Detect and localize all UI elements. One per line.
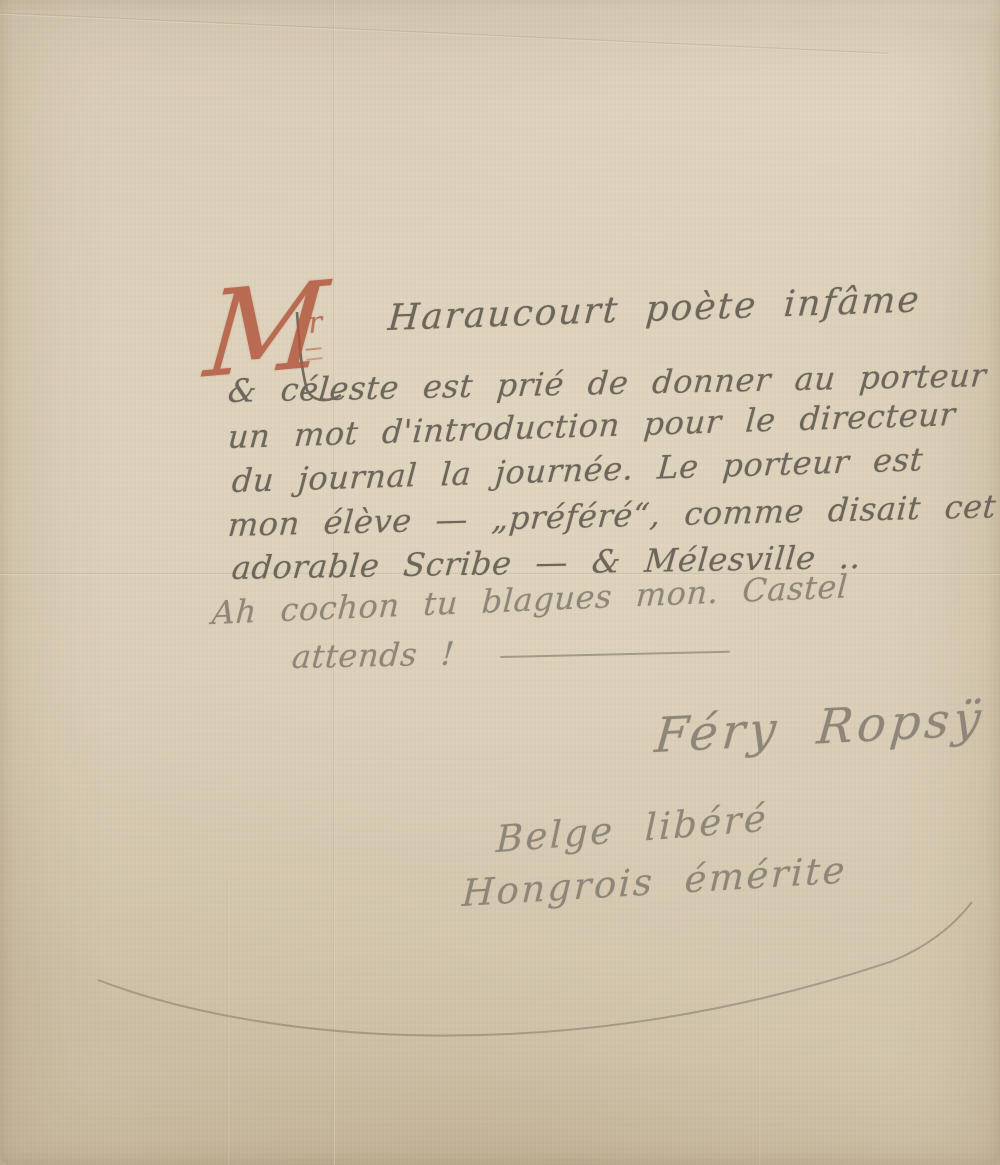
letter-photo: M r Haraucourt poète infâme & céleste es… [0, 0, 1000, 1165]
red-superscript-underline [305, 347, 322, 361]
letter-line-8: attends ! [290, 635, 456, 676]
red-initial-superscript: r [307, 305, 324, 341]
